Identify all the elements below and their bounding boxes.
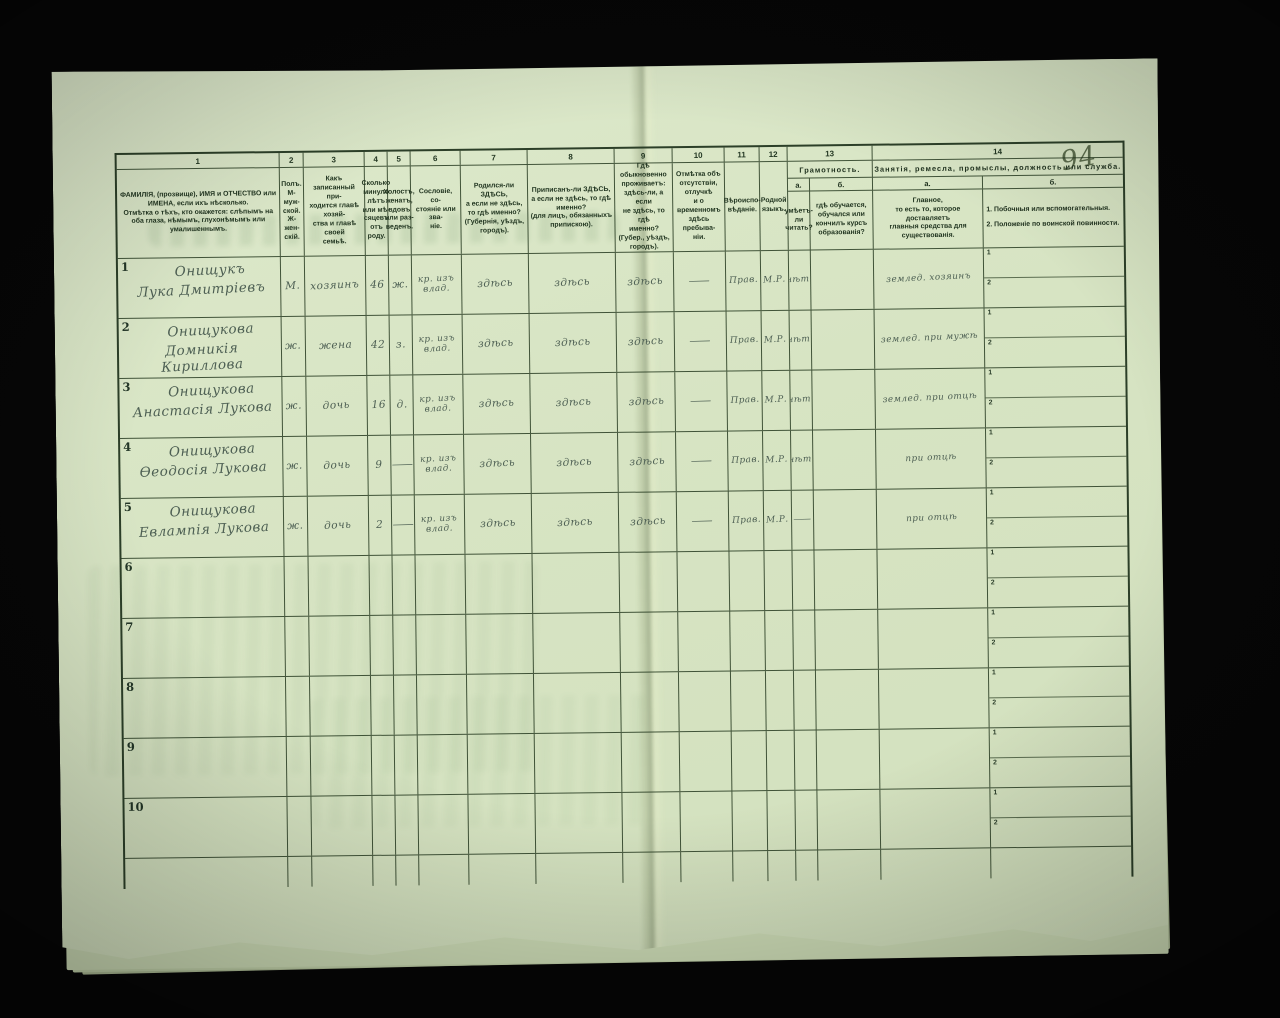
handwritten-entry: здѣсь xyxy=(477,277,513,291)
cell-birthplace xyxy=(466,614,534,674)
cell-absence: — xyxy=(675,372,728,432)
cell-religion: Прав. xyxy=(729,491,765,550)
given-name-handwriting: Домникія Кириллова xyxy=(118,339,281,378)
occupation-sub-cell: 1 xyxy=(986,427,1126,459)
surname-handwriting xyxy=(125,800,287,808)
header-estate: Сословіе, со- стояніе или зва- ніе. xyxy=(411,166,462,255)
cell-estate xyxy=(418,795,469,855)
row-number: 7 xyxy=(125,620,133,634)
cell-occupation-secondary: 12 xyxy=(987,487,1128,548)
handwritten-entry: Прав. xyxy=(730,395,759,406)
sub-cell-number: 1 xyxy=(993,789,997,796)
header-registration: Приписанъ-ли ЗДѢСЬ, а если не здѣсь, то … xyxy=(528,164,616,253)
cell-language: М.Р. xyxy=(762,371,791,430)
handwritten-entry: д. xyxy=(396,399,408,412)
cell-registration xyxy=(534,673,622,733)
occupation-sub-cell: 1 xyxy=(990,727,1130,759)
handwritten-entry: — xyxy=(792,515,812,526)
cell-name: 2ОнищуковаДомникія Кириллова xyxy=(119,317,283,378)
column-number: 8 xyxy=(528,149,615,164)
handwritten-entry: Прав. xyxy=(728,275,757,286)
cell-residence: здѣсь xyxy=(619,492,678,552)
given-name-handwriting xyxy=(122,563,284,571)
cell-age xyxy=(372,796,396,855)
handwritten-entry: — xyxy=(691,515,715,528)
handwritten-entry: М.Р. xyxy=(766,515,789,526)
cell-sex: ж. xyxy=(283,437,308,496)
header-occupation-b-letter: б. xyxy=(983,175,1123,189)
cell-absence xyxy=(678,612,731,672)
cell-residence: здѣсь xyxy=(616,252,675,312)
cell-literacy-edu xyxy=(812,310,876,370)
cell-sex xyxy=(286,677,311,736)
cell-language: М.Р. xyxy=(762,311,791,370)
cell-marital: — xyxy=(392,495,416,554)
cell-occupation-secondary: 12 xyxy=(984,247,1125,308)
header-absence: Отмѣтка объ отсутствіи, отлучкѣ и о врем… xyxy=(673,163,726,252)
handwritten-entry: землед. при мужѣ xyxy=(881,331,979,346)
occupation-sub-cell: 2 xyxy=(989,697,1129,728)
cell-marital xyxy=(392,555,416,614)
cell-sex: М. xyxy=(281,257,306,316)
handwritten-entry: здѣсь xyxy=(556,456,592,470)
cell-residence: здѣсь xyxy=(618,432,677,492)
row-number: 10 xyxy=(127,800,143,814)
cell-name: 10 xyxy=(124,797,288,858)
sub-cell-number: 2 xyxy=(992,699,996,706)
cell-occupation xyxy=(877,548,988,608)
cell-literacy-edu xyxy=(816,670,880,730)
cell-religion: Прав. xyxy=(728,431,764,490)
handwritten-entry: хозяинъ xyxy=(310,279,360,293)
cell-registration xyxy=(532,553,620,613)
cell-literacy-read xyxy=(792,551,815,610)
cell-registration: здѣсь xyxy=(531,433,619,493)
sub-cell-number: 1 xyxy=(990,549,994,556)
sub-cell-number: 1 xyxy=(990,489,994,496)
sub-cell-number: 1 xyxy=(989,429,993,436)
cell-literacy-edu xyxy=(811,250,875,310)
cell-literacy-read xyxy=(795,790,818,849)
cell-relation: хозяинъ xyxy=(305,256,367,316)
cell-estate xyxy=(416,615,467,675)
sub-cell-number: 1 xyxy=(991,609,995,616)
cell-marital xyxy=(395,795,419,854)
occupation-sub-cell: 1 xyxy=(984,247,1124,279)
cell-estate xyxy=(418,735,469,795)
cell-literacy-read: нѣт. xyxy=(790,371,813,430)
cell-occupation: при отцѣ xyxy=(876,428,987,488)
handwritten-entry: з. xyxy=(396,339,407,352)
cell-registration: здѣсь xyxy=(530,373,618,433)
cell-occupation: землед. при мужѣ xyxy=(875,308,986,368)
sub-cell-number: 2 xyxy=(989,459,993,466)
header-occupation-secondary: 1. Побочныя или вспомогательныя. 2. Поло… xyxy=(983,188,1124,248)
header-occupation-side: 1. Побочныя или вспомогательныя. xyxy=(986,205,1120,215)
column-number: 7 xyxy=(461,150,528,165)
cell-registration xyxy=(535,793,623,853)
given-name-handwriting xyxy=(124,743,286,751)
handwritten-entry: М.Р. xyxy=(763,275,786,286)
cell-sex xyxy=(287,737,312,796)
occupation-sub-cell: 1 xyxy=(987,487,1127,519)
cell-estate xyxy=(415,555,466,615)
cell-occupation: землед. при отцѣ xyxy=(875,368,986,428)
cell-age xyxy=(372,736,396,795)
cell-registration: здѣсь xyxy=(530,313,618,373)
census-table: 1 2 3 4 5 6 7 8 9 10 11 12 13 14 ФАМИЛІЯ… xyxy=(115,141,1134,889)
cell-estate: кр. изъ влад. xyxy=(414,435,465,495)
handwritten-entry: кр. изъ влад. xyxy=(421,514,458,536)
handwritten-entry: здѣсь xyxy=(479,457,515,471)
handwritten-entry: кр. изъ влад. xyxy=(419,334,456,356)
handwritten-entry: нѣт. xyxy=(790,334,813,345)
cell-estate: кр. изъ влад. xyxy=(415,495,466,555)
cell-registration xyxy=(535,733,623,793)
sub-cell-number: 1 xyxy=(993,729,997,736)
table-body: 1ОнищукъЛука ДмитріевъМ.хозяинъ46ж.кр. и… xyxy=(118,247,1131,859)
cell-marital: ж. xyxy=(389,255,413,314)
cell-literacy-read xyxy=(794,670,817,729)
handwritten-entry: жена xyxy=(319,339,353,353)
handwritten-entry: ж. xyxy=(286,400,303,413)
occupation-sub-cell: 2 xyxy=(989,637,1129,668)
occupation-sub-cell: 1 xyxy=(985,307,1125,339)
handwritten-entry: — xyxy=(688,335,712,348)
given-name-handwriting xyxy=(125,803,287,811)
cell-literacy-edu xyxy=(815,610,879,670)
handwritten-entry: М.Р. xyxy=(765,395,788,406)
cell-relation: дочь xyxy=(306,376,368,436)
occupation-sub-cell: 1 xyxy=(988,607,1128,639)
cell-occupation-secondary: 12 xyxy=(990,787,1131,848)
handwritten-entry: М.Р. xyxy=(764,335,787,346)
cell-age xyxy=(370,616,394,675)
handwritten-entry: Прав. xyxy=(731,455,760,466)
header-literacy-a: умѣетъ- ли читать? xyxy=(788,192,811,250)
sub-cell-number: 1 xyxy=(992,669,996,676)
cell-name: 1ОнищукъЛука Дмитріевъ xyxy=(118,257,282,318)
handwritten-entry: дочь xyxy=(324,519,352,532)
cell-relation xyxy=(311,796,373,856)
header-literacy-a-letter: а. xyxy=(788,179,810,191)
surname-handwriting xyxy=(122,620,284,628)
handwritten-entry: дочь xyxy=(323,399,351,412)
handwritten-entry: М.Р. xyxy=(765,455,788,466)
handwritten-entry: здѣсь xyxy=(629,455,665,469)
cell-occupation: землед. хозяинъ xyxy=(874,248,985,308)
sub-cell-number: 2 xyxy=(991,579,995,586)
handwritten-entry: здѣсь xyxy=(554,276,590,290)
cell-estate: кр. изъ влад. xyxy=(412,255,463,315)
cell-residence: здѣсь xyxy=(617,372,676,432)
sub-cell-number: 1 xyxy=(988,309,992,316)
handwritten-entry: нѣт. xyxy=(791,454,814,465)
column-number: 3 xyxy=(304,152,365,167)
handwritten-entry: 42 xyxy=(370,339,385,352)
header-relation: Какъ записанный при- ходится главѣ хозяй… xyxy=(304,167,366,256)
cell-age: 16 xyxy=(367,376,391,435)
cell-absence: — xyxy=(675,312,728,372)
cell-religion xyxy=(732,731,768,790)
cell-residence: здѣсь xyxy=(617,312,676,372)
cell-religion xyxy=(731,671,767,730)
column-number: 5 xyxy=(388,151,411,165)
cell-marital: з. xyxy=(390,315,414,374)
handwritten-entry: здѣсь xyxy=(556,396,592,410)
cell-religion xyxy=(730,611,766,670)
cell-age: 2 xyxy=(369,496,393,555)
column-number: 2 xyxy=(280,153,304,167)
handwritten-entry: 9 xyxy=(376,459,384,471)
cell-occupation-secondary: 12 xyxy=(986,427,1127,488)
cell-residence xyxy=(622,792,681,852)
handwritten-entry: здѣсь xyxy=(557,516,593,530)
handwritten-entry: кр. изъ влад. xyxy=(418,274,455,296)
handwritten-entry: — xyxy=(688,275,712,288)
handwritten-entry: дочь xyxy=(323,459,351,472)
handwritten-entry: при отцѣ xyxy=(905,452,957,465)
handwritten-entry: ж. xyxy=(392,279,409,292)
handwritten-entry: ж. xyxy=(287,520,304,533)
cell-literacy-read xyxy=(795,730,818,789)
sub-cell-number: 2 xyxy=(990,519,994,526)
cell-residence xyxy=(622,732,681,792)
cell-occupation-secondary: 12 xyxy=(985,307,1126,368)
cell-literacy-read xyxy=(793,611,816,670)
surname-handwriting xyxy=(122,560,284,568)
cell-name: 9 xyxy=(124,737,288,798)
cell-estate: кр. изъ влад. xyxy=(413,375,464,435)
cell-occupation xyxy=(878,608,989,668)
cell-occupation xyxy=(880,788,991,848)
cell-language: М.Р. xyxy=(763,431,792,490)
occupation-sub-cell: 1 xyxy=(985,367,1125,399)
cell-name: 3ОнищуковаАнастасія Лукова xyxy=(119,377,283,438)
cell-literacy-edu xyxy=(814,550,878,610)
cell-literacy-edu xyxy=(817,790,881,850)
header-sex: Полъ. М-муж- ской. Ж-жен- скій. xyxy=(280,168,305,256)
cell-literacy-read: нѣт. xyxy=(790,311,813,370)
handwritten-entry: здѣсь xyxy=(478,337,514,351)
cell-age: 42 xyxy=(367,316,391,375)
cell-literacy-read: нѣт. xyxy=(789,251,812,310)
cell-birthplace: здѣсь xyxy=(464,434,532,494)
handwritten-entry: здѣсь xyxy=(627,335,663,349)
handwritten-entry: здѣсь xyxy=(479,397,515,411)
cell-religion xyxy=(729,551,765,610)
cell-marital xyxy=(393,615,417,674)
cell-occupation-secondary: 12 xyxy=(990,727,1131,788)
sub-cell-number: 1 xyxy=(988,369,992,376)
header-occupation-military: 2. Положеніе по воинской повинности. xyxy=(986,220,1120,230)
column-number: 10 xyxy=(673,148,725,163)
cell-language xyxy=(764,551,793,610)
sub-cell-number: 2 xyxy=(988,339,992,346)
cell-marital: д. xyxy=(390,375,414,434)
header-occupation-a-letter: а. xyxy=(873,176,983,189)
cell-absence xyxy=(679,672,732,732)
cell-absence xyxy=(680,732,733,792)
header-literacy-group: Грамотность. а. б. умѣетъ- ли читать? гд… xyxy=(788,161,874,250)
cell-religion xyxy=(732,791,768,850)
cell-literacy-edu xyxy=(817,730,881,790)
handwritten-entry: М. xyxy=(285,280,301,293)
handwritten-entry: — xyxy=(689,395,713,408)
cell-absence xyxy=(677,552,730,612)
handwritten-entry: нѣт. xyxy=(789,274,812,285)
occupation-sub-cell: 1 xyxy=(989,667,1129,699)
header-occupation-main: Главное, то есть то, которое доставляетъ… xyxy=(873,189,984,248)
cell-literacy-read: — xyxy=(792,491,815,550)
handwritten-entry: 2 xyxy=(376,519,384,531)
handwritten-entry: 46 xyxy=(370,279,385,292)
sub-cell-number: 2 xyxy=(993,759,997,766)
cell-age: 46 xyxy=(366,256,390,315)
header-residence: Гдѣ обыкновенно проживаетъ: здѣсь-ли, а … xyxy=(615,163,674,252)
cell-sex xyxy=(287,797,312,856)
cell-relation: дочь xyxy=(308,496,370,556)
header-row: ФАМИЛІЯ, (прозвище), ИМЯ и ОТЧЕСТВО или … xyxy=(117,158,1124,259)
cell-relation xyxy=(308,556,370,616)
cell-sex: ж. xyxy=(282,317,307,376)
cell-literacy-edu xyxy=(814,490,878,550)
column-number: 13 xyxy=(788,146,873,161)
cell-absence xyxy=(680,792,733,852)
header-occupation-group: Занятія, ремесла, промыслы, должность ил… xyxy=(873,158,1124,249)
handwritten-entry: Прав. xyxy=(729,335,758,346)
occupation-sub-cell: 2 xyxy=(987,517,1127,548)
cell-literacy-edu xyxy=(812,370,876,430)
census-sheet: 94 1 2 3 4 5 6 7 8 9 10 11 12 13 14 ФАМИ… xyxy=(52,58,1169,969)
handwritten-entry: здѣсь xyxy=(629,515,665,529)
cell-name: 7 xyxy=(122,617,286,678)
cell-language xyxy=(767,791,796,850)
header-literacy-b: гдѣ обучается, обучался или кончилъ курс… xyxy=(810,191,873,250)
cell-occupation-secondary: 12 xyxy=(989,667,1130,728)
row-number: 6 xyxy=(125,560,133,574)
handwritten-entry: кр. изъ влад. xyxy=(420,454,457,476)
row-number: 8 xyxy=(126,680,134,694)
cell-birthplace xyxy=(465,554,533,614)
cell-name: 6 xyxy=(122,557,286,618)
row-number: 9 xyxy=(127,740,135,754)
cell-occupation: при отцѣ xyxy=(877,488,988,548)
cell-registration: здѣсь xyxy=(532,493,620,553)
cell-absence: — xyxy=(676,432,729,492)
cell-religion: Прав. xyxy=(727,371,763,430)
handwritten-entry: здѣсь xyxy=(555,336,591,350)
given-name-handwriting xyxy=(123,683,285,691)
handwritten-entry: при отцѣ xyxy=(906,512,958,525)
cell-marital xyxy=(395,735,419,794)
cell-registration xyxy=(533,613,621,673)
handwritten-entry: кр. изъ влад. xyxy=(420,394,457,416)
cell-literacy-read: нѣт. xyxy=(791,431,814,490)
handwritten-entry: землед. хозяинъ xyxy=(886,272,971,286)
occupation-sub-cell: 1 xyxy=(987,547,1127,579)
cell-estate xyxy=(417,675,468,735)
surname-handwriting xyxy=(124,740,286,748)
handwritten-entry: здѣсь xyxy=(627,275,663,289)
cell-language xyxy=(767,731,796,790)
cell-name: 5ОнищуковаЕвлампія Лукова xyxy=(121,497,285,558)
cell-occupation-secondary: 12 xyxy=(987,547,1128,608)
cell-occupation-secondary: 12 xyxy=(985,367,1126,428)
cell-estate: кр. изъ влад. xyxy=(413,315,464,375)
occupation-sub-cell: 2 xyxy=(986,397,1126,428)
sub-cell-number: 1 xyxy=(987,249,991,256)
header-birthplace: Родился-ли ЗДѢСЬ, а если не здѣсь, то гд… xyxy=(461,165,529,254)
cell-residence xyxy=(619,552,678,612)
header-literacy-label: Грамотность. xyxy=(788,161,872,179)
header-marital: Холостъ, женатъ, вдовъ или раз- веденъ. xyxy=(388,166,412,254)
handwritten-entry: 16 xyxy=(371,399,386,412)
cell-language xyxy=(765,611,794,670)
handwritten-entry: — xyxy=(690,455,714,468)
handwritten-entry: здѣсь xyxy=(628,395,664,409)
surname-handwriting xyxy=(123,680,285,688)
sub-cell-number: 2 xyxy=(989,399,993,406)
column-number: 6 xyxy=(411,151,461,166)
cell-name: 8 xyxy=(123,677,287,738)
handwritten-entry: ж. xyxy=(286,460,303,473)
cell-language: М.Р. xyxy=(761,251,790,310)
cell-language: М.Р. xyxy=(764,491,793,550)
occupation-sub-cell: 2 xyxy=(990,757,1130,788)
cell-residence xyxy=(621,672,680,732)
sub-cell-number: 2 xyxy=(992,639,996,646)
cell-relation: жена xyxy=(306,316,368,376)
cell-registration: здѣсь xyxy=(529,253,617,313)
cell-birthplace xyxy=(468,734,536,794)
cell-absence: — xyxy=(677,492,730,552)
header-names: ФАМИЛІЯ, (прозвище), ИМЯ и ОТЧЕСТВО или … xyxy=(117,168,281,258)
sub-cell-number: 2 xyxy=(987,279,991,286)
occupation-sub-cell: 2 xyxy=(986,457,1126,488)
cell-occupation-secondary: 12 xyxy=(988,607,1129,668)
cell-sex: ж. xyxy=(282,377,307,436)
cell-birthplace: здѣсь xyxy=(463,314,531,374)
column-number: 12 xyxy=(760,147,788,161)
handwritten-entry: Прав. xyxy=(731,515,760,526)
occupation-sub-cell: 2 xyxy=(984,277,1124,308)
cell-occupation xyxy=(880,728,991,788)
occupation-sub-cell: 2 xyxy=(985,337,1125,368)
handwritten-entry: землед. при отцѣ xyxy=(883,391,978,406)
cell-birthplace: здѣсь xyxy=(463,374,531,434)
cell-religion: Прав. xyxy=(726,251,762,310)
cell-age: 9 xyxy=(368,436,392,495)
column-number: 1 xyxy=(117,153,280,169)
cell-occupation xyxy=(879,668,990,728)
cell-birthplace: здѣсь xyxy=(462,254,530,314)
handwritten-entry: — xyxy=(391,459,414,472)
cell-sex xyxy=(285,557,310,616)
cell-relation xyxy=(310,676,372,736)
cell-language xyxy=(766,671,795,730)
cell-sex xyxy=(285,617,310,676)
cell-residence xyxy=(620,612,679,672)
header-religion: Вѣроиспо- вѣданіе. xyxy=(725,162,761,250)
sub-cell-number: 2 xyxy=(994,819,998,826)
column-number: 4 xyxy=(365,152,388,166)
occupation-sub-cell: 2 xyxy=(988,577,1128,608)
header-language: Родной языкъ. xyxy=(760,162,789,250)
cell-marital: — xyxy=(391,435,415,494)
header-literacy-b-letter: б. xyxy=(810,178,872,191)
cell-literacy-edu xyxy=(813,430,877,490)
